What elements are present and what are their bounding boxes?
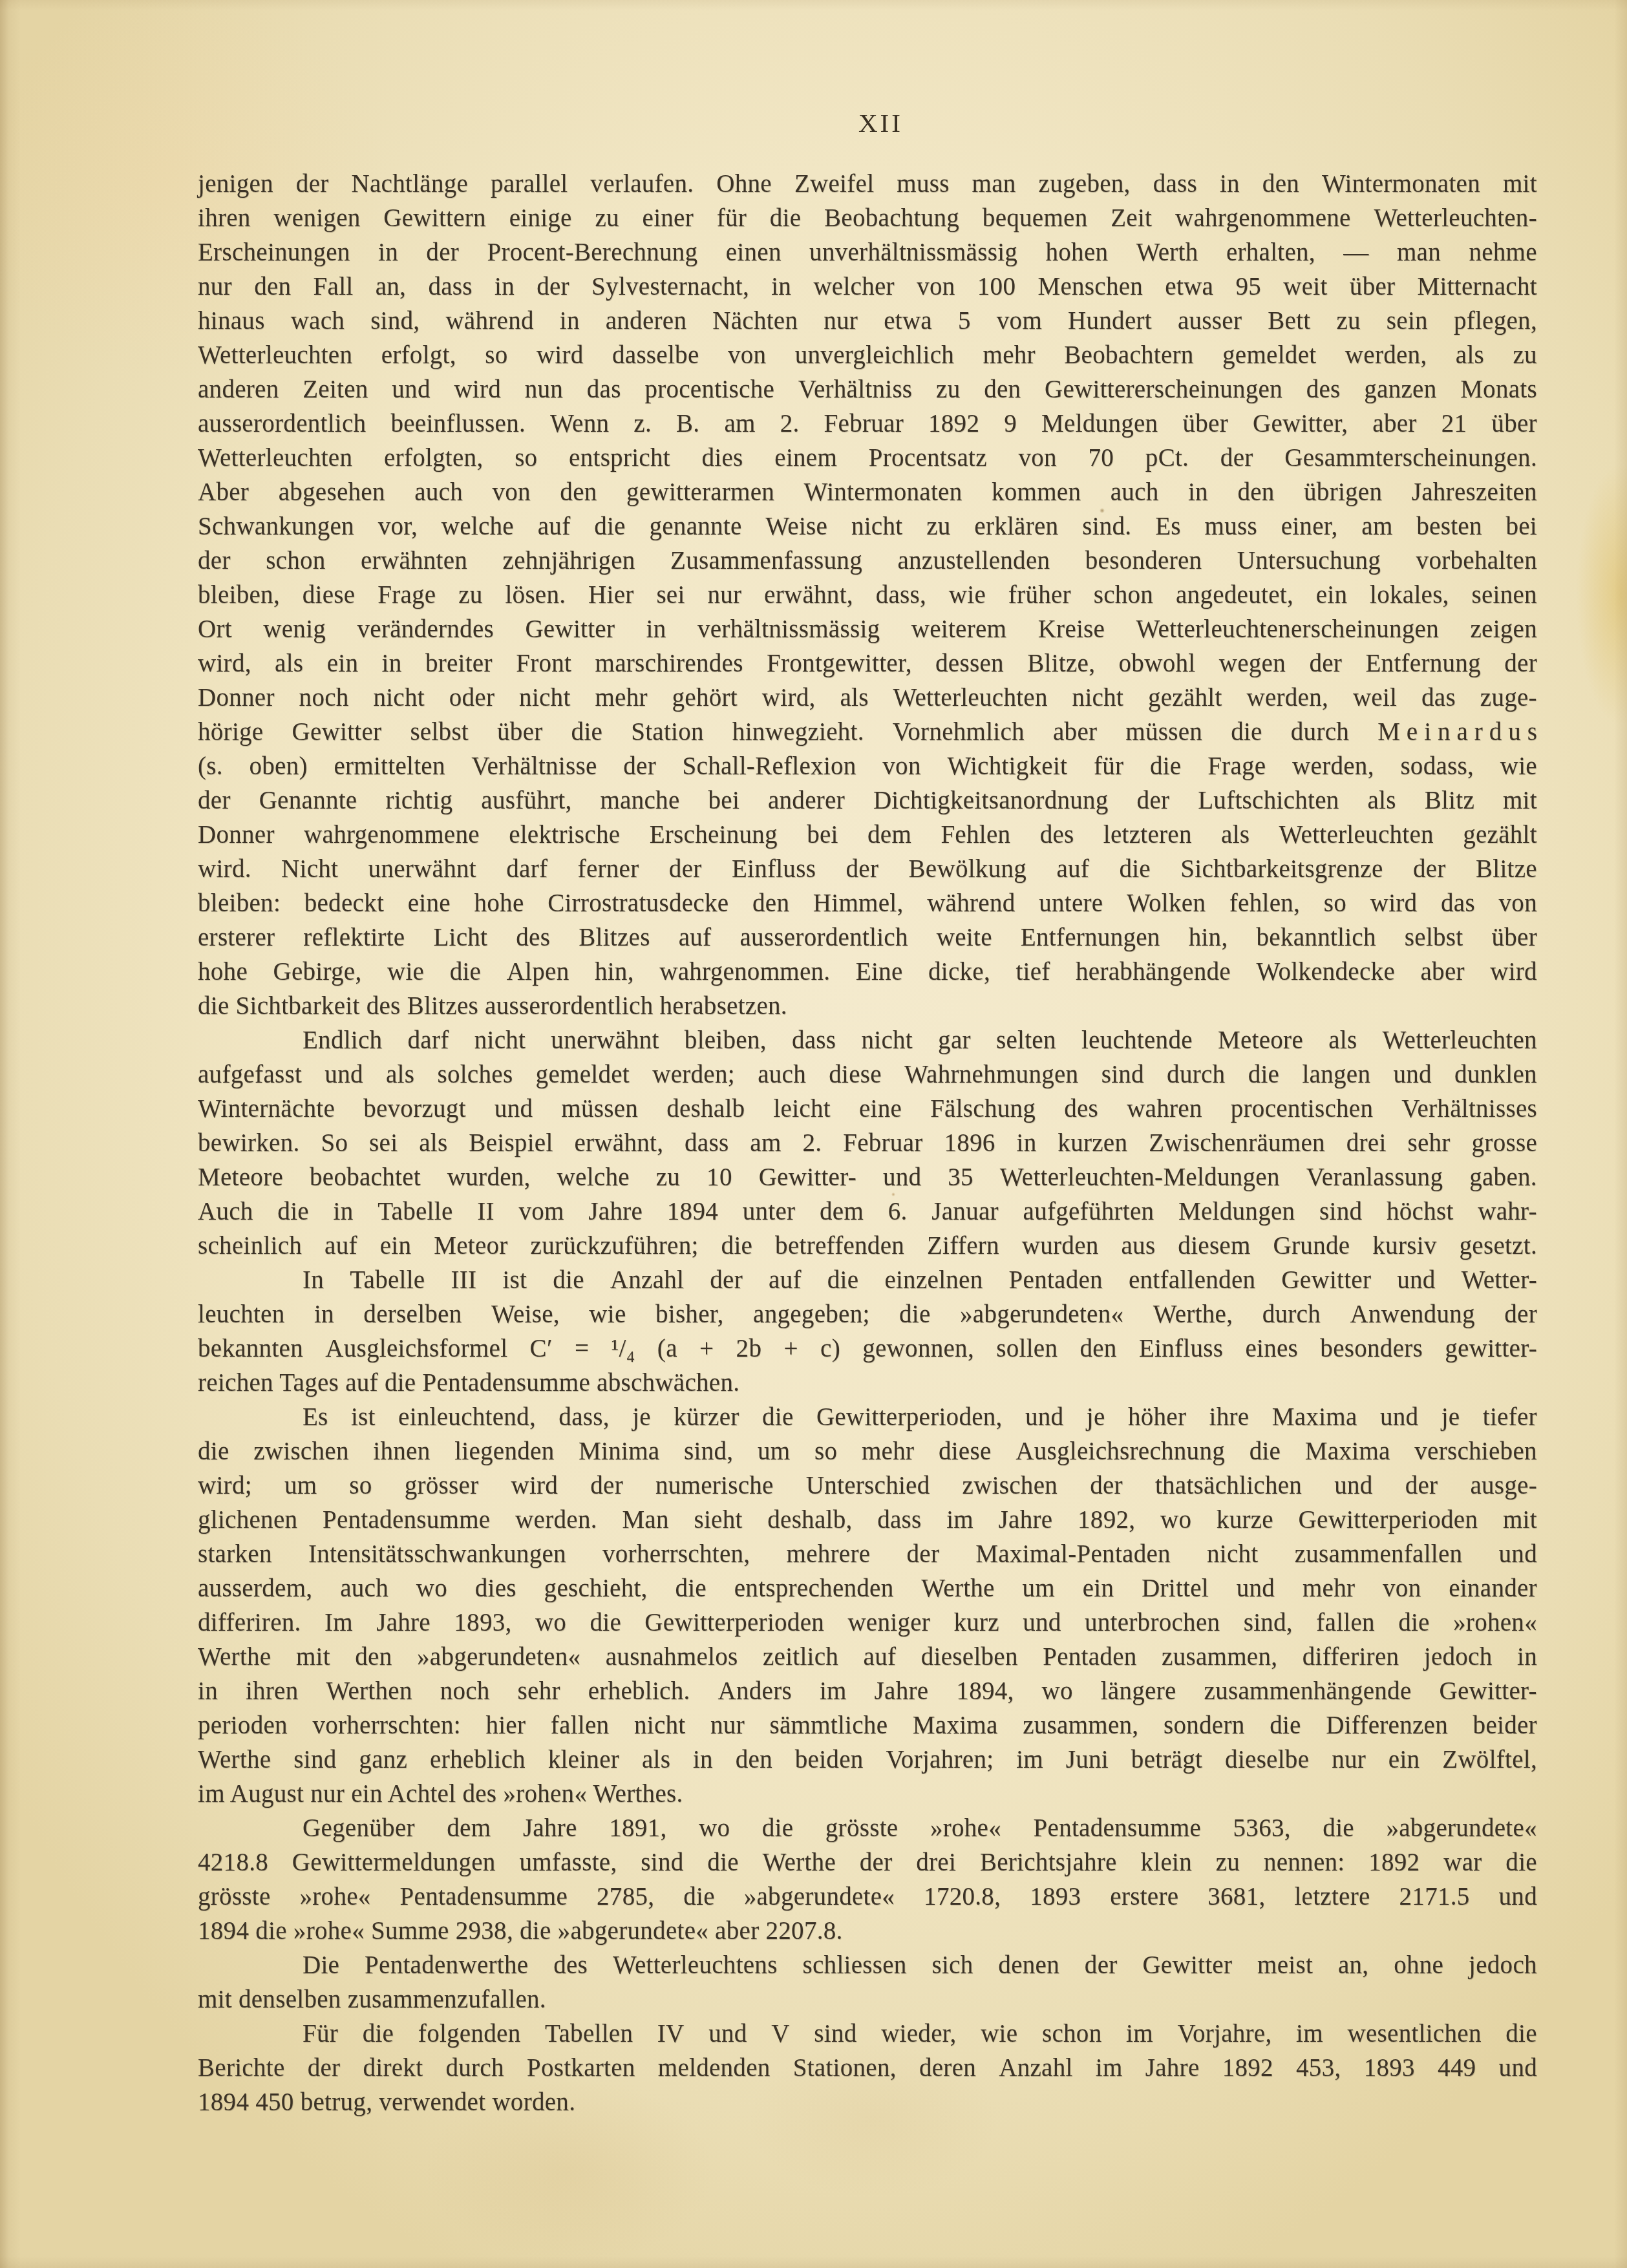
text-line: reichen Tages auf die Pentadensumme absc… [198,1366,1537,1400]
text-line: GegenüberdemJahre1891,wodiegrösste»rohe«… [198,1811,1537,1845]
text-line: 1894 die »rohe« Summe 2938, die »abgerun… [198,1914,1537,1948]
text-line: OrtwenigveränderndesGewitterinverhältnis… [198,612,1537,646]
text-line: scheinlichaufeinMeteorzurückzuführen;die… [198,1229,1537,1263]
text-line: InTabelleIIIistdieAnzahlderaufdieeinzeln… [198,1263,1537,1297]
body-text: jenigenderNachtlängeparallelverlaufen.Oh… [198,167,1537,2119]
text-line: Wetterleuchtenerfolgt,sowirddasselbevonu… [198,338,1537,372]
text-line: starkenIntensitätsschwankungenvorherrsch… [198,1537,1537,1571]
text-line: Winternächtebevorzugtundmüssendeshalblei… [198,1092,1537,1126]
text-line: wird,alseininbreiterFrontmarschirendesFr… [198,646,1537,681]
text-line: anderenZeitenundwirdnundasprocentischeVe… [198,372,1537,407]
text-line: periodenvorherrschten:hierfallennichtnur… [198,1708,1537,1743]
text-line: aufgefasstundalssolchesgemeldetwerden;au… [198,1057,1537,1092]
text-line: bleiben:bedeckteinehoheCirrostratusdecke… [198,886,1537,920]
text-line: AberabgesehenauchvondengewitterarmenWint… [198,475,1537,509]
scanned-book-page: XII jenigenderNachtlängeparallelverlaufe… [0,0,1627,2268]
text-line: Werthesindganzerheblichkleineralsindenbe… [198,1743,1537,1777]
text-line: bekanntenAusgleichsformelC′=¹/₄(a+2b+c)g… [198,1331,1537,1366]
text-line: glichenenPentadensummewerden.Mansiehtdes… [198,1503,1537,1537]
text-line: DonnerwahrgenommeneelektrischeErscheinun… [198,818,1537,852]
text-line: Endlichdarfnichtunerwähntbleiben,dassnic… [198,1023,1537,1057]
text-line: bewirken.SoseialsBeispielerwähnt,dassam2… [198,1126,1537,1160]
text-line: wird;umsogrösserwirddernumerischeUntersc… [198,1468,1537,1503]
text-line: mit denselben zusammenzufallen. [198,1982,1537,2017]
text-line: die Sichtbarkeit des Blitzes ausserorden… [198,989,1537,1023]
text-line: hoheGebirge,wiedieAlpenhin,wahrgenommen.… [198,955,1537,989]
text-line: hinauswachsind,währendinanderenNächtennu… [198,304,1537,338]
text-line: Esisteinleuchtend,dass,jekürzerdieGewitt… [198,1400,1537,1434]
text-line: Donnernochnichtodernichtmehrgehörtwird,a… [198,681,1537,715]
text-line: ausserdem,auchwodiesgeschieht,dieentspre… [198,1571,1537,1606]
text-line: erstererreflektirteLichtdesBlitzesaufaus… [198,920,1537,955]
text-line: differiren.ImJahre1893,wodieGewitterperi… [198,1606,1537,1640]
text-line: Wetterleuchtenerfolgten,soentsprichtdies… [198,441,1537,475]
text-line: wird.NichtunerwähntdarffernerderEinfluss… [198,852,1537,886]
text-line: bleiben,dieseFragezulösen.Hierseinurerwä… [198,578,1537,612]
text-line: im August nur ein Achtel des »rohen« Wer… [198,1777,1537,1811]
text-line: ErscheinungeninderProcent-Berechnungeine… [198,235,1537,270]
text-line: DiePentadenwerthedesWetterleuchtensschli… [198,1948,1537,1982]
text-line: (s.oben)ermitteltenVerhältnissederSchall… [198,749,1537,783]
text-line: derGenannterichtigausführt,manchebeiande… [198,783,1537,818]
text-line: Meteorebeobachtetwurden,welchezu10Gewitt… [198,1160,1537,1194]
text-line: FürdiefolgendenTabellenIVundVsindwieder,… [198,2017,1537,2051]
text-line: 1894 450 betrug, verwendet worden. [198,2085,1537,2119]
text-line: Schwankungenvor,welcheaufdiegenannteWeis… [198,509,1537,544]
text-line: AuchdieinTabelleIIvomJahre1894unterdem6.… [198,1194,1537,1229]
text-line: leuchteninderselbenWeise,wiebisher,angeg… [198,1297,1537,1331]
text-line: hörigeGewitterselbstüberdieStationhinweg… [198,715,1537,749]
text-line: ihrenwenigenGewitterneinigezueinerfürdie… [198,201,1537,235]
text-line: diezwischenihnenliegendenMinimasind,umso… [198,1434,1537,1468]
text-line: derschonerwähntenzehnjährigenZusammenfas… [198,544,1537,578]
text-line: ausserordentlichbeeinflussen.Wennz.B.am2… [198,407,1537,441]
text-line: grösste»rohe«Pentadensumme2785,die»abger… [198,1880,1537,1914]
text-line: BerichtederdirektdurchPostkartenmeldende… [198,2051,1537,2085]
text-line: inihrenWerthennochsehrerheblich.Andersim… [198,1674,1537,1708]
text-line: 4218.8Gewittermeldungenumfasste,sinddieW… [198,1845,1537,1880]
text-line: nurdenFallan,dassinderSylvesternacht,inw… [198,270,1537,304]
page-number: XII [858,107,903,138]
text-line: jenigenderNachtlängeparallelverlaufen.Oh… [198,167,1537,201]
text-line: Werthemitden»abgerundeten«ausnahmeloszei… [198,1640,1537,1674]
